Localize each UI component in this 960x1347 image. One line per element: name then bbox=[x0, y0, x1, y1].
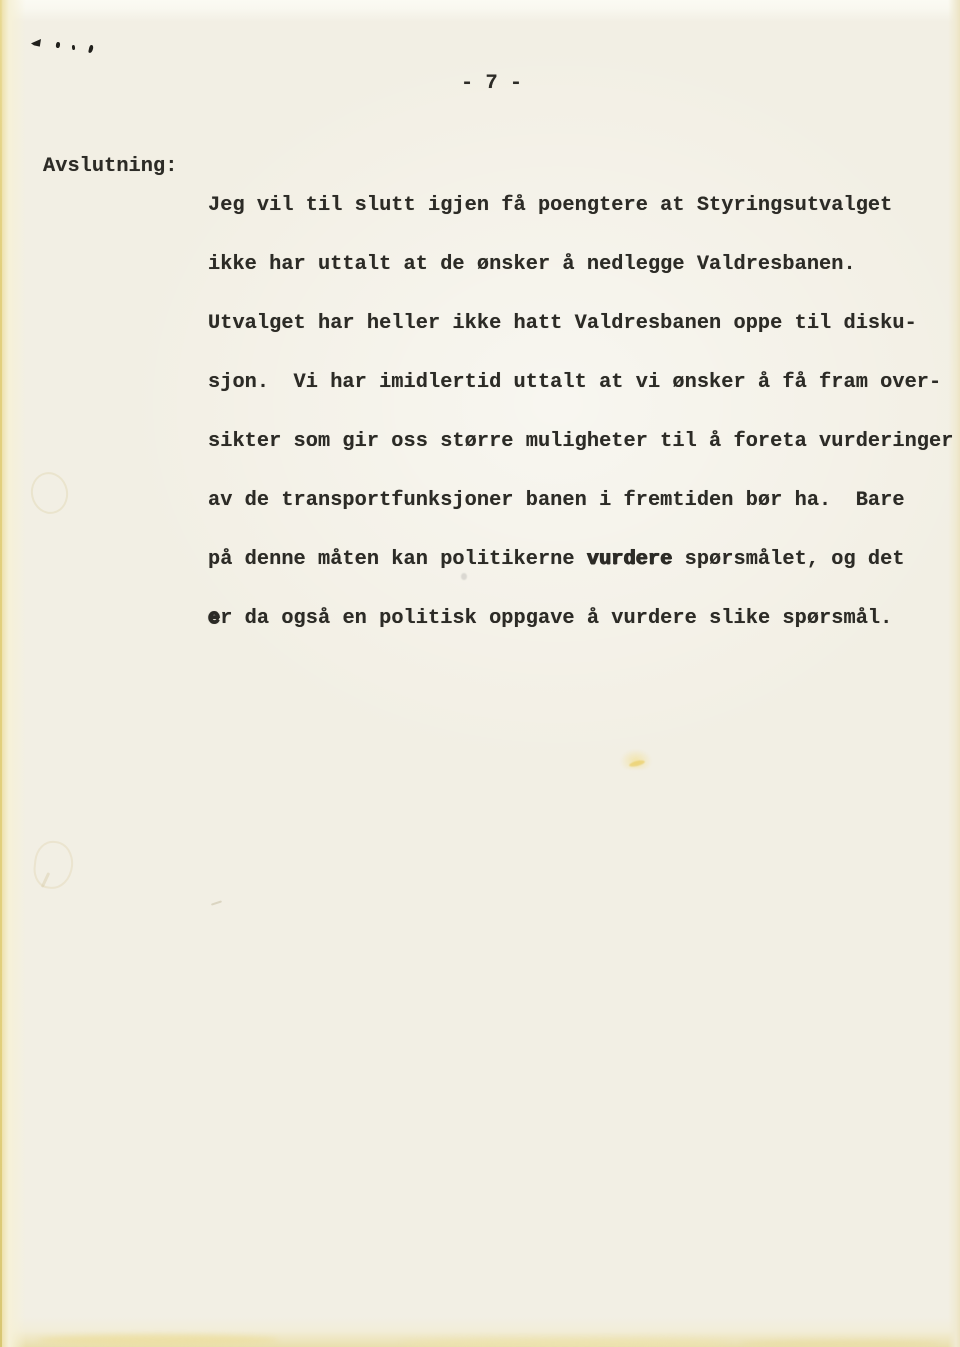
paragraph-line: er da også en politisk oppgave å vurdere… bbox=[208, 609, 953, 629]
text-segment: spørsmålet, og det bbox=[672, 548, 904, 571]
paper-blemish-ring bbox=[27, 469, 72, 518]
text-segment: r da også en politisk oppgave å vurdere … bbox=[220, 607, 892, 630]
ink-speck bbox=[56, 42, 60, 48]
page-bottom-edge-stain bbox=[740, 1340, 940, 1347]
paragraph-line: Jeg vil til slutt igjen få poengtere at … bbox=[208, 196, 953, 216]
page-left-edge bbox=[0, 0, 2, 1347]
paper-blemish-ring bbox=[32, 839, 76, 891]
page-bottom-edge-stain bbox=[400, 1339, 730, 1347]
text-segment-overstruck: e bbox=[208, 607, 220, 630]
ink-speck bbox=[72, 45, 76, 50]
paragraph-line: Utvalget har heller ikke hatt Valdresban… bbox=[208, 314, 953, 334]
text-segment-overstruck: vurdere bbox=[587, 548, 673, 571]
ink-speck bbox=[31, 39, 41, 47]
scanned-document-page: - 7 - Avslutning: Jeg vil til slutt igje… bbox=[0, 0, 960, 1347]
page-bottom-edge-stain bbox=[38, 1335, 278, 1346]
text-segment: på denne måten kan politikerne bbox=[208, 548, 587, 571]
paper-stain bbox=[620, 749, 652, 769]
paper-blemish-mark bbox=[211, 900, 222, 905]
paragraph: Jeg vil til slutt igjen få poengtere at … bbox=[208, 157, 953, 668]
section-label: Avslutning: bbox=[43, 157, 177, 177]
paragraph-line: av de transportfunksjoner banen i fremti… bbox=[208, 491, 953, 511]
paper-blemish-mark bbox=[41, 872, 50, 888]
paragraph-line: på denne måten kan politikerne vurdere s… bbox=[208, 550, 953, 570]
page-number: - 7 - bbox=[461, 74, 522, 94]
paragraph-line: sikter som gir oss større muligheter til… bbox=[208, 432, 953, 452]
paragraph-line: ikke har uttalt at de ønsker å nedlegge … bbox=[208, 255, 953, 275]
paper-stain bbox=[629, 759, 646, 768]
ink-speck bbox=[88, 45, 93, 53]
paragraph-line: sjon. Vi har imidlertid uttalt at vi øns… bbox=[208, 373, 953, 393]
